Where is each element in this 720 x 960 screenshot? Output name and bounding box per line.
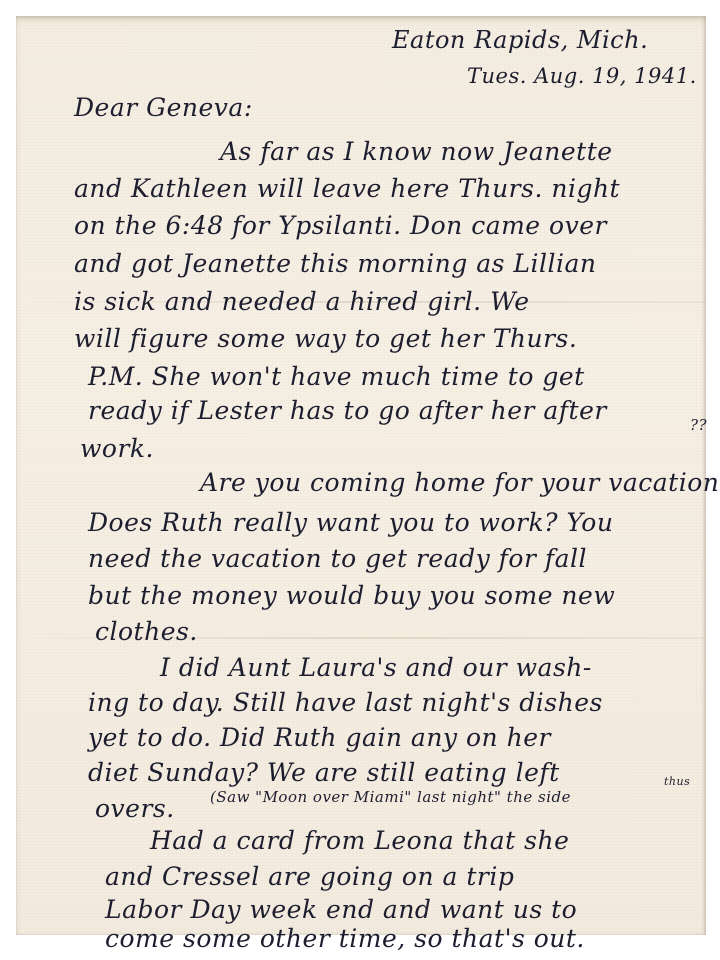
letter-line: diet Sunday? We are still eating left	[88, 760, 560, 785]
letter-line: yet to do. Did Ruth gain any on her	[88, 725, 551, 750]
letter-line: Had a card from Leona that she	[150, 828, 569, 853]
letter-line: P.M. She won't have much time to get	[88, 364, 585, 389]
letter-line: Does Ruth really want you to work? You	[88, 510, 613, 535]
letter-line: will figure some way to get her Thurs.	[74, 326, 577, 351]
letter-line: ing to day. Still have last night's dish…	[88, 690, 603, 715]
letter-line: overs.	[95, 796, 175, 821]
letter-line: and got Jeanette this morning as Lillian	[74, 251, 597, 276]
letter-line: clothes.	[95, 619, 198, 644]
letter-line: is sick and needed a hired girl. We	[74, 289, 530, 314]
letter-line: ready if Lester has to go after her afte…	[88, 398, 607, 423]
letter-line: Labor Day week end and want us to	[105, 897, 577, 922]
margin-thus-note: thus	[664, 776, 690, 787]
letter-line: Are you coming home for your vacation	[200, 470, 719, 495]
letter-date: Tues. Aug. 19, 1941.	[467, 66, 697, 87]
letter-salutation: Dear Geneva:	[74, 95, 253, 120]
letter-line: and Kathleen will leave here Thurs. nigh…	[74, 176, 620, 201]
margin-inserted-note: (Saw "Moon over Miami" last night" the s…	[210, 790, 571, 805]
letter-line: come some other time, so that's out.	[105, 926, 585, 951]
letter-line: As far as I know now Jeanette	[220, 139, 613, 164]
letter-line: need the vacation to get ready for fall	[88, 546, 587, 571]
margin-question-marks: ??	[690, 418, 707, 433]
letter-line: work.	[80, 436, 154, 461]
letter-line: and Cressel are going on a trip	[105, 864, 514, 889]
letter-line: I did Aunt Laura's and our wash-	[160, 655, 592, 680]
letter-line: on the 6:48 for Ypsilanti. Don came over	[74, 213, 607, 238]
letter-line: but the money would buy you some new	[88, 583, 615, 608]
letter-place: Eaton Rapids, Mich.	[392, 28, 648, 52]
